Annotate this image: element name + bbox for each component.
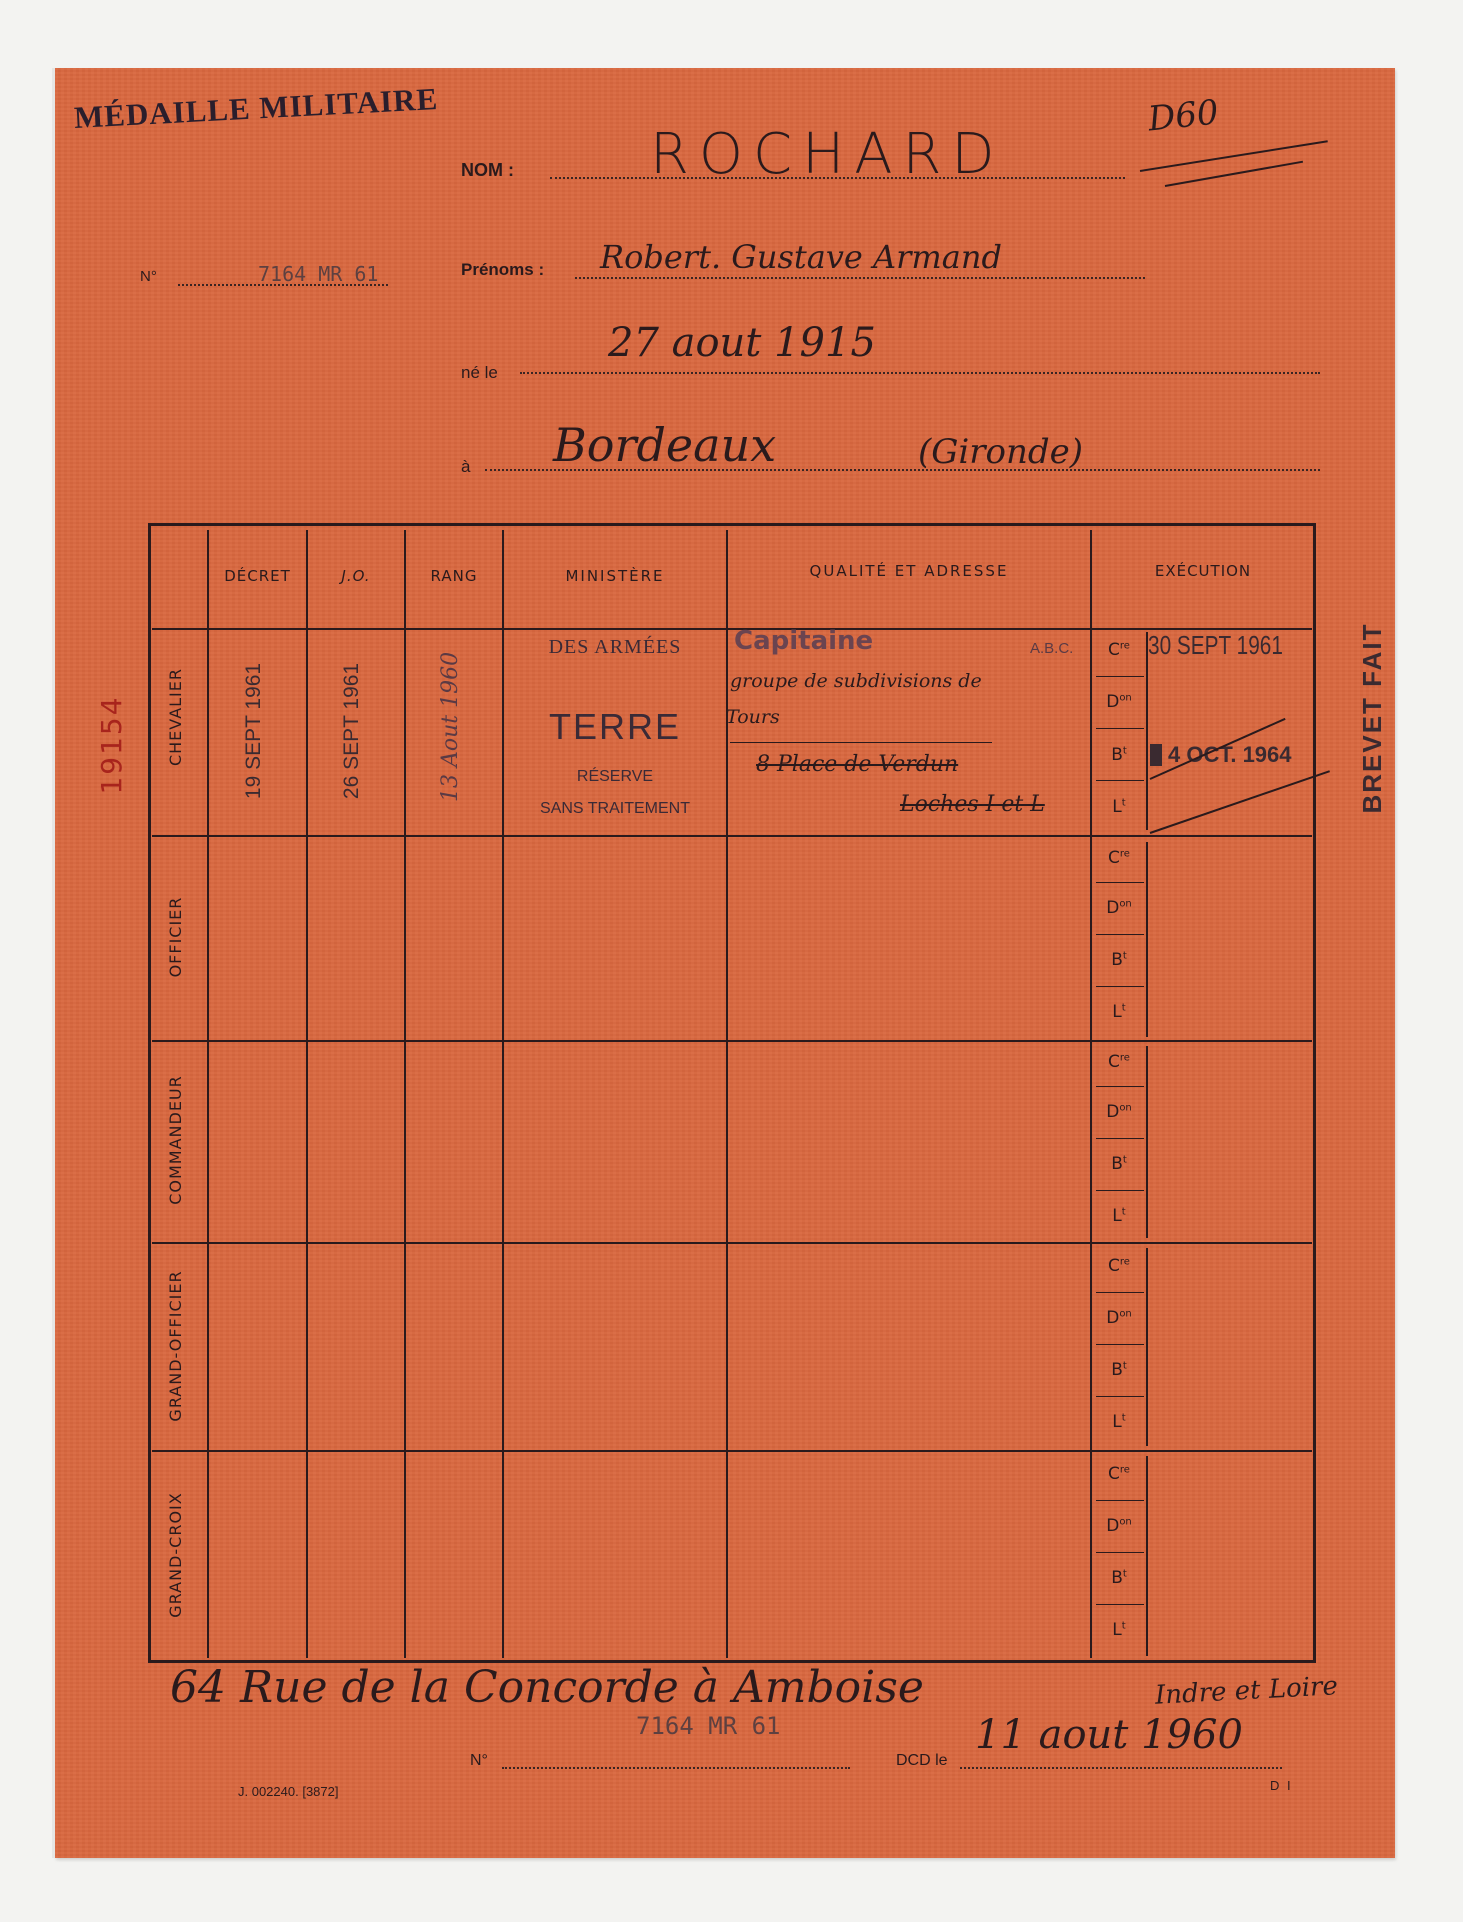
qualite-city-struck: Loches I et L (900, 792, 1045, 817)
col-header-execution: EXÉCUTION (1092, 562, 1314, 580)
exec-sublabel-don: Don (1096, 692, 1142, 712)
footer-numero-stamp: 7164 MR 61 (636, 1712, 781, 1740)
prenoms-dotted-line (575, 277, 1145, 279)
sub-divider (1096, 1344, 1144, 1345)
reference-mark: D60 (1146, 92, 1220, 139)
ministere-line1: DES ARMÉES (504, 636, 726, 659)
sub-divider (1096, 676, 1144, 677)
sub-divider (1096, 780, 1144, 781)
sub-divider (1096, 1138, 1144, 1139)
chevalier-jo-date: 26 SEPT 1961 (340, 651, 370, 811)
sub-divider (1096, 934, 1144, 935)
footer-address: 64 Rue de la Concorde à Amboise (170, 1662, 924, 1713)
footer-numero-dotted-line (502, 1767, 850, 1769)
exec-sublabel-don: Don (1096, 1308, 1142, 1328)
exec-sublabel-don: Don (1096, 1102, 1142, 1122)
sub-divider (1096, 1086, 1144, 1087)
table-border-right (1313, 523, 1316, 1663)
prenoms-value: Robert. Gustave Armand (600, 238, 1002, 276)
sub-divider (1096, 1500, 1144, 1501)
col-header-jo: J.O. (308, 567, 404, 585)
sub-divider (1096, 728, 1144, 729)
brevet-fait-stamp: BREVET FAIT (1357, 618, 1393, 818)
exec-sublabel-cre: Cre (1096, 848, 1142, 868)
col-divider (306, 530, 308, 1658)
exec-sublabel-bt: Bt (1096, 745, 1142, 765)
qualite-code: A.B.C. (1030, 640, 1073, 657)
exec-sublabel-lt: Lt (1096, 1002, 1142, 1022)
ministere-line3: RÉSERVE (504, 768, 726, 786)
exec-divider (1146, 1248, 1148, 1446)
col-header-qualite-adresse: QUALITÉ ET ADRESSE (728, 562, 1090, 580)
qualite-line3: Tours (726, 706, 780, 728)
exec-sublabel-cre: Cre (1096, 1052, 1142, 1072)
exec-sublabel-don: Don (1096, 1516, 1142, 1536)
birthplace-value: Bordeaux (553, 418, 776, 472)
grade-officier: OFFICIER (166, 847, 190, 1027)
exec-bt-date: 4 OCT. 1964 (1168, 742, 1292, 768)
sub-divider (1096, 1292, 1144, 1293)
row-separator (152, 1242, 1312, 1244)
numero-value: 7164 MR 61 (258, 262, 378, 286)
grade-grand-croix: GRAND-CROIX (166, 1455, 190, 1655)
qualite-address-struck: 8 Place de Verdun (756, 752, 958, 777)
ministere-line4: SANS TRAITEMENT (504, 800, 726, 818)
dcd-dotted-line (960, 1767, 1282, 1769)
qualite-rank: Capitaine (734, 626, 873, 656)
col-divider (207, 530, 209, 1658)
exec-sublabel-lt: Lt (1096, 1620, 1142, 1640)
chevalier-rang-date: 13 Aout 1960 (438, 652, 468, 802)
sub-divider (1096, 1604, 1144, 1605)
col-divider (502, 530, 504, 1658)
col-header-rang: RANG (406, 567, 502, 585)
print-reference: J. 002240. [3872] (238, 1784, 338, 1799)
grade-chevalier: CHEVALIER (166, 627, 190, 807)
col-divider (726, 530, 728, 1658)
grade-commandeur: COMMANDEUR (166, 1040, 190, 1240)
row-separator (152, 835, 1312, 837)
row-separator (152, 1040, 1312, 1042)
col-divider (1090, 530, 1092, 1658)
row-separator (152, 1450, 1312, 1452)
exec-sublabel-don: Don (1096, 898, 1142, 918)
prenoms-label: Prénoms : (461, 260, 544, 280)
table-border-top (148, 523, 1316, 526)
exec-sublabel-lt: Lt (1096, 1412, 1142, 1432)
exec-sublabel-cre: Cre (1096, 1256, 1142, 1276)
ne-le-label: né le (461, 363, 498, 383)
nom-label: NOM : (461, 160, 514, 181)
nom-value: ROCHARD (650, 122, 1005, 187)
exec-divider (1146, 1046, 1148, 1238)
qualite-line2: groupe de subdivisions de (730, 670, 982, 692)
header-separator (152, 628, 1312, 630)
exec-sublabel-bt: Bt (1096, 1568, 1142, 1588)
exec-sublabel-cre: Cre (1096, 1464, 1142, 1484)
exec-divider (1146, 842, 1148, 1037)
ne-le-value: 27 aout 1915 (608, 320, 876, 366)
ne-le-dotted-line (520, 372, 1320, 374)
table-border-left (148, 523, 151, 1663)
exec-sublabel-bt: Bt (1096, 1154, 1142, 1174)
form-code: D I (1270, 1778, 1293, 1793)
col-header-decret: DÉCRET (209, 567, 306, 585)
exec-divider (1146, 632, 1148, 830)
footer-numero-label: N° (470, 1752, 488, 1770)
sub-divider (1096, 882, 1144, 883)
dcd-value: 11 aout 1960 (975, 1712, 1243, 1758)
a-label: à (461, 457, 470, 477)
col-divider (404, 530, 406, 1658)
exec-sublabel-lt: Lt (1096, 1206, 1142, 1226)
grade-grand-officier: GRAND-OFFICIER (166, 1236, 190, 1456)
stamp-mark (1150, 744, 1162, 766)
ministere-line2: TERRE (504, 706, 726, 748)
exec-sublabel-lt: Lt (1096, 797, 1142, 817)
numero-label: N° (140, 268, 157, 285)
dcd-label: DCD le (896, 1752, 948, 1770)
exec-sublabel-bt: Bt (1096, 950, 1142, 970)
side-stamp-number: 19154 (95, 685, 135, 805)
chevalier-decret-date: 19 SEPT 1961 (242, 651, 272, 811)
sub-divider (1096, 1190, 1144, 1191)
sub-divider (1096, 986, 1144, 987)
exec-sublabel-bt: Bt (1096, 1360, 1142, 1380)
exec-sublabel-cre: Cre (1096, 640, 1142, 660)
exec-cre-date: 30 SEPT 1961 (1148, 630, 1283, 661)
sub-divider (1096, 1552, 1144, 1553)
birthplace-department: (Gironde) (918, 432, 1083, 472)
exec-divider (1146, 1456, 1148, 1656)
qualite-divider (730, 742, 992, 743)
sub-divider (1096, 1396, 1144, 1397)
col-header-ministere: MINISTÈRE (504, 567, 726, 585)
